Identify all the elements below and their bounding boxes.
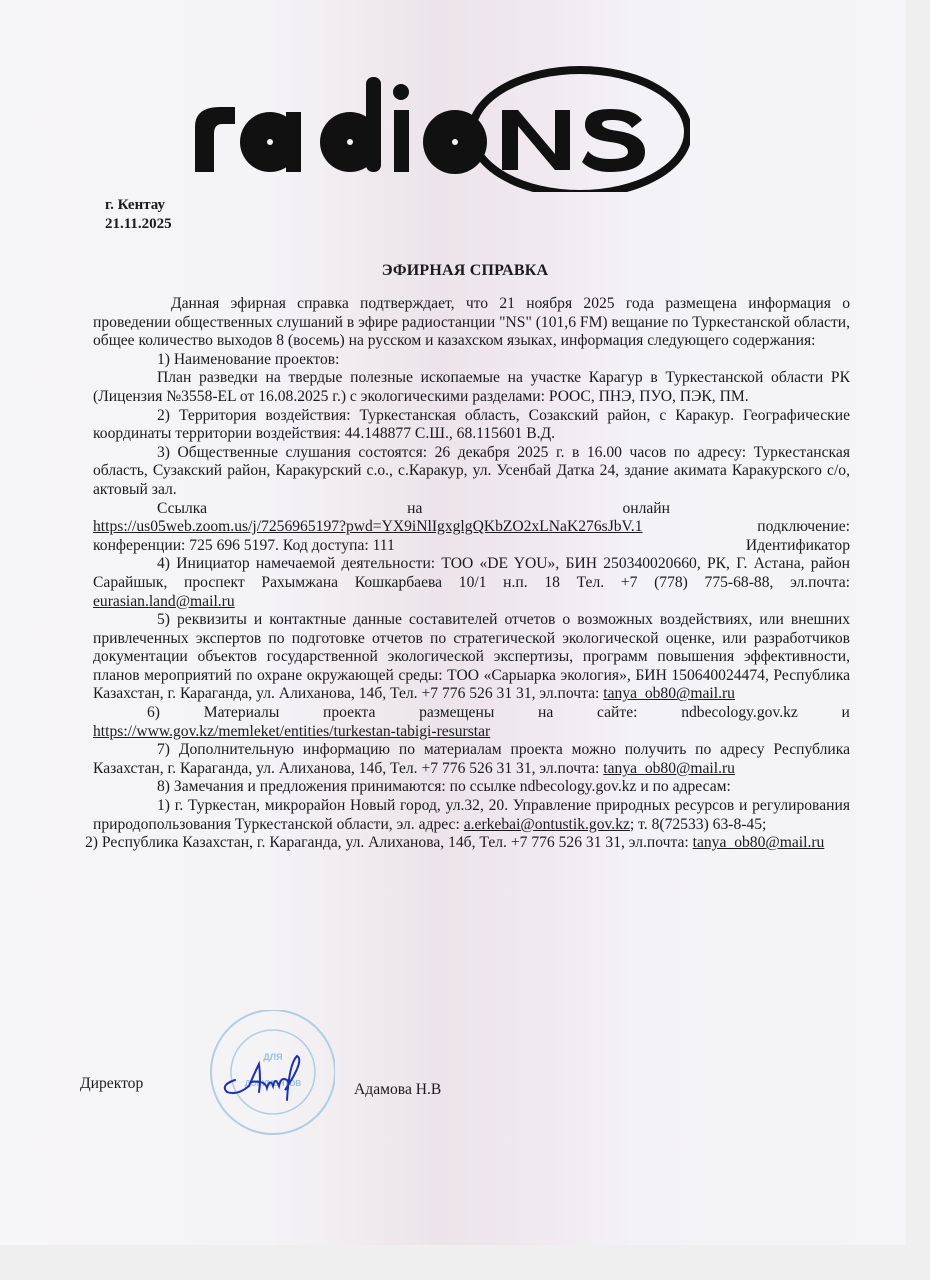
word: размещены [419, 704, 494, 723]
item-6-row: 6) Материалы проекта размещены на сайте:… [93, 704, 850, 723]
intro-paragraph: Данная эфирная справка подтверждает, что… [93, 295, 850, 351]
initiator-email-link[interactable]: eurasian.land@mail.ru [93, 593, 235, 610]
item-2-text: 2) Территория воздействия: Туркестанская… [93, 407, 850, 444]
item-7-text: 7) Дополнительную информацию по материал… [93, 741, 850, 778]
item-1-text: План разведки на твердые полезные ископа… [93, 369, 850, 406]
document-title: ЭФИРНАЯ СПРАВКА [0, 262, 906, 280]
item-4-body: 4) Инициатор намечаемой деятельности: ТО… [93, 555, 850, 591]
document-page: г. Кентау 21.11.2025 ЭФИРНАЯ СПРАВКА Дан… [0, 0, 906, 1245]
item-3-link-row: https://us05web.zoom.us/j/7256965197?pwd… [93, 518, 850, 537]
developer-email-link[interactable]: tanya_ob80@mail.ru [603, 685, 735, 702]
word: сайте: [597, 704, 637, 723]
word: и [842, 704, 850, 723]
gov-kz-link[interactable]: https://www.gov.kz/memleket/entities/tur… [93, 723, 490, 740]
word: Идентификатор [746, 537, 850, 556]
info-email-link[interactable]: tanya_ob80@mail.ru [603, 760, 735, 777]
city: г. Кентау [105, 196, 172, 215]
item-7-body: 7) Дополнительную информацию по материал… [93, 741, 850, 777]
item-5-text: 5) реквизиты и контактные данные состави… [93, 611, 850, 704]
word: Материалы [204, 704, 280, 723]
radio-ns-logo [190, 62, 690, 192]
item-3-text: 3) Общественные слушания состоятся: 26 д… [93, 444, 850, 500]
word: Ссылка [157, 500, 207, 519]
place-date-block: г. Кентау 21.11.2025 [105, 196, 172, 234]
word: на [407, 500, 422, 519]
signature-block: Директор Адамова Н.В [80, 1075, 520, 1105]
word: 6) [147, 704, 160, 723]
word: на [538, 704, 553, 723]
zoom-meeting-link[interactable]: https://us05web.zoom.us/j/7256965197?pwd… [93, 518, 643, 537]
item-3-conf-row: конференции: 725 696 5197. Код доступа: … [93, 537, 850, 556]
signatory-role: Директор [80, 1075, 143, 1093]
radio-ns-logo-icon [190, 62, 690, 192]
document-body: Данная эфирная справка подтверждает, что… [93, 295, 850, 853]
item-8-text: 8) Замечания и предложения принимаются: … [93, 778, 850, 797]
document-date: 21.11.2025 [105, 215, 172, 234]
item-3-link-words: Ссылка на онлайн [93, 500, 850, 519]
word: подключение: [757, 518, 850, 537]
item-4-text: 4) Инициатор намечаемой деятельности: ТО… [93, 555, 850, 611]
address-1-phone: ; т. 8(72533) 63-8-45; [630, 816, 766, 833]
word: онлайн [622, 500, 670, 519]
item-1-label: 1) Наименование проектов: [93, 351, 850, 370]
item-5-body: 5) реквизиты и контактные данные состави… [93, 611, 850, 702]
item-6-url-line: https://www.gov.kz/memleket/entities/tur… [93, 723, 850, 742]
erkebai-email-link[interactable]: a.erkebai@ontustik.gov.kz [464, 816, 630, 833]
conference-id: конференции: 725 696 5197. Код доступа: … [93, 537, 395, 556]
ndbecology-site-text: ndbecology.gov.kz [681, 704, 798, 723]
word: проекта [323, 704, 375, 723]
item-8-address-1: 1) г. Туркестан, микрорайон Новый город,… [93, 797, 850, 834]
address-2-email-link[interactable]: tanya_ob80@mail.ru [693, 834, 825, 851]
signatory-name: Адамова Н.В [354, 1081, 441, 1099]
item-8-address-2: 2) Республика Казахстан, г. Караганда, у… [85, 834, 850, 853]
address-2-body: 2) Республика Казахстан, г. Караганда, у… [85, 834, 693, 851]
